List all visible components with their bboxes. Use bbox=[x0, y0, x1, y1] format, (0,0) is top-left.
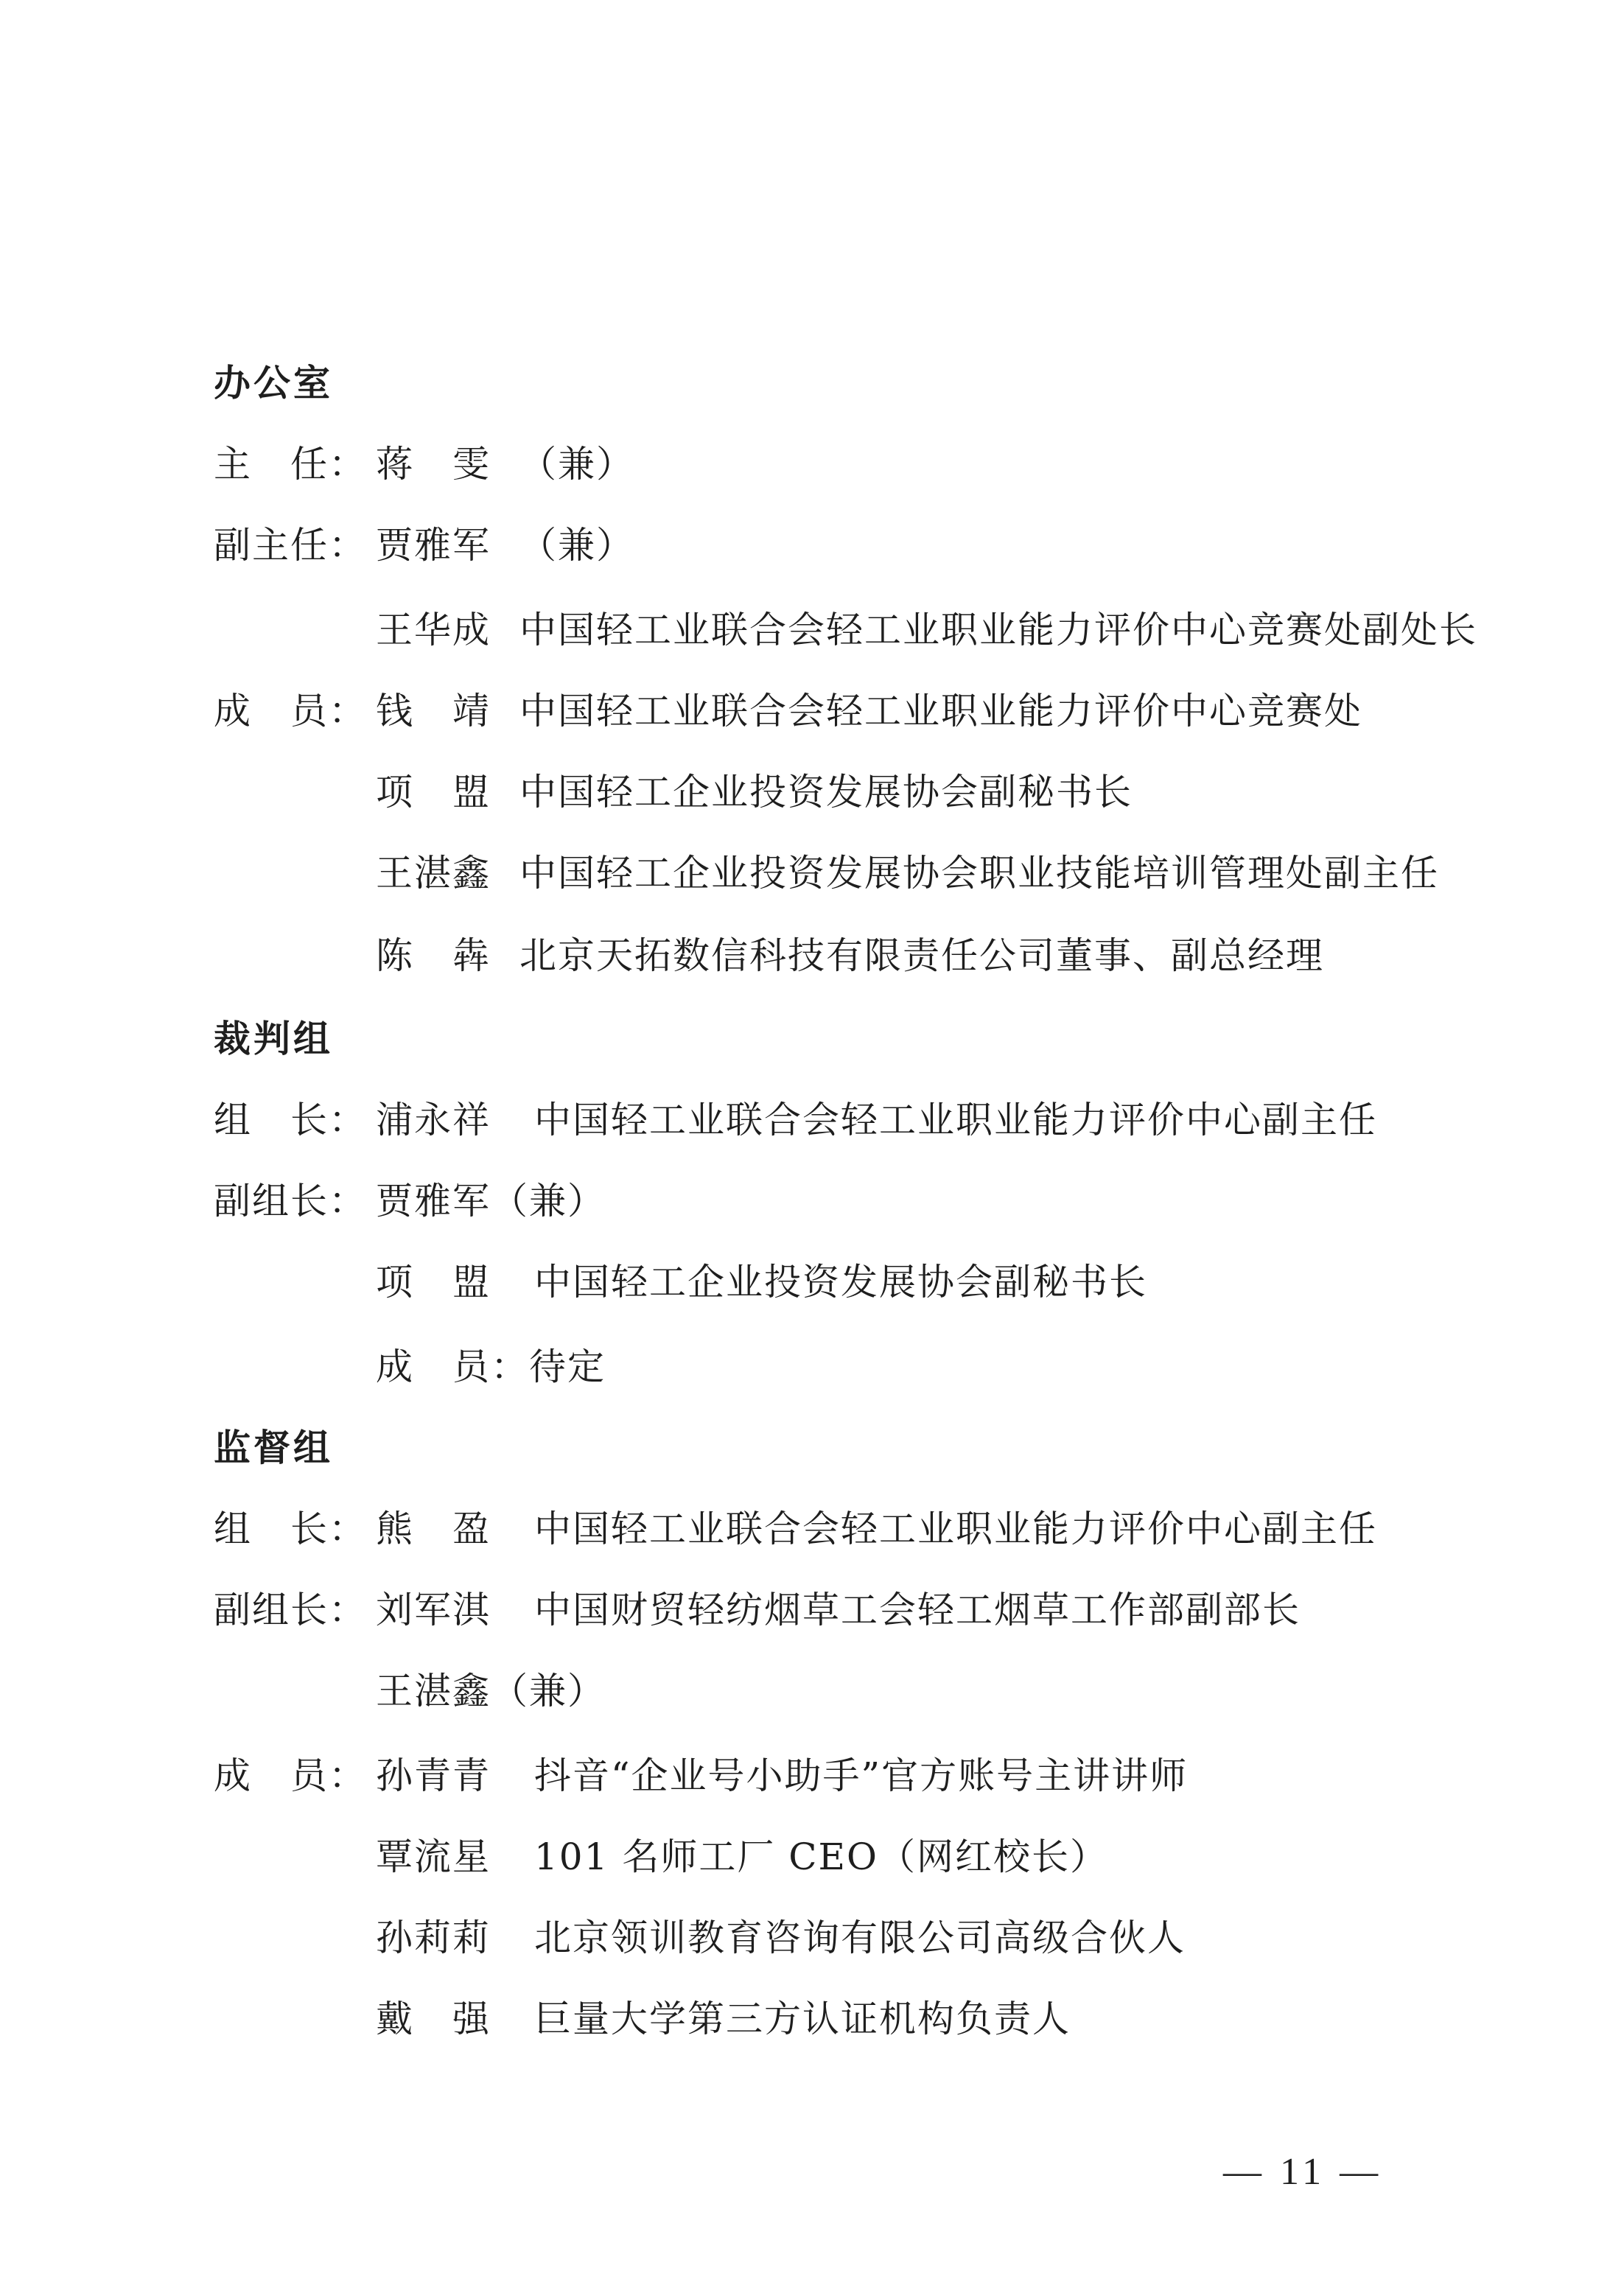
role-label: 成 员： bbox=[214, 1754, 367, 1798]
person-name: 贾雅军 bbox=[376, 523, 491, 567]
person-title: 中国轻工业联合会轻工业职业能力评价中心竞赛处 bbox=[519, 689, 1362, 733]
role-label: 副组长： bbox=[214, 1179, 367, 1223]
person-title: 101 名师工厂 CEO（网红校长） bbox=[534, 1835, 1108, 1879]
person-name: 王湛鑫 bbox=[376, 851, 491, 895]
person-name: 浦永祥 bbox=[376, 1098, 491, 1142]
person-name: 钱 靖 bbox=[376, 689, 491, 733]
role-label: 组 长： bbox=[214, 1507, 367, 1551]
page-number: — 11 — bbox=[1223, 2150, 1382, 2194]
person-title: 北京领训教育咨询有限公司高级合伙人 bbox=[534, 1916, 1186, 1960]
members-pending: 成 员：待定 bbox=[376, 1345, 606, 1389]
section-heading-referee-group: 裁判组 bbox=[214, 1017, 333, 1061]
person-title: 中国轻工业联合会轻工业职业能力评价中心竞赛处副处长 bbox=[519, 608, 1477, 652]
person-title: 中国轻工企业投资发展协会职业技能培训管理处副主任 bbox=[519, 851, 1439, 895]
person-title: 巨量大学第三方认证机构负责人 bbox=[534, 1997, 1071, 2041]
person-title: 北京天拓数信科技有限责任公司董事、副总经理 bbox=[519, 934, 1324, 978]
role-label: 副主任： bbox=[214, 523, 367, 567]
person-title: 中国轻工业联合会轻工业职业能力评价中心副主任 bbox=[534, 1507, 1377, 1551]
person-title: 中国轻工企业投资发展协会副秘书长 bbox=[534, 1260, 1147, 1304]
person-name: 陈 犇 bbox=[376, 934, 491, 978]
person-title: 中国轻工企业投资发展协会副秘书长 bbox=[519, 770, 1133, 814]
person-name: 蒋 雯 bbox=[376, 442, 491, 486]
person-name: 贾雅军（兼） bbox=[376, 1179, 606, 1223]
role-label: 成 员： bbox=[214, 689, 367, 733]
person-name: 刘军淇 bbox=[376, 1588, 491, 1632]
person-name: 项 盟 bbox=[376, 770, 491, 814]
person-title: 中国轻工业联合会轻工业职业能力评价中心副主任 bbox=[534, 1098, 1377, 1142]
person-name: 王华成 bbox=[376, 608, 491, 652]
person-name: 项 盟 bbox=[376, 1260, 491, 1304]
person-name: 戴 强 bbox=[376, 1997, 491, 2041]
person-note: （兼） bbox=[519, 442, 634, 486]
person-name: 孙青青 bbox=[376, 1754, 491, 1798]
person-title: 中国财贸轻纺烟草工会轻工烟草工作部副部长 bbox=[534, 1588, 1301, 1632]
person-name: 覃流星 bbox=[376, 1835, 491, 1879]
person-name: 熊 盈 bbox=[376, 1507, 491, 1551]
role-label: 主 任： bbox=[214, 442, 367, 486]
person-name: 王湛鑫（兼） bbox=[376, 1669, 606, 1713]
person-note: （兼） bbox=[519, 523, 634, 567]
role-label: 组 长： bbox=[214, 1098, 367, 1142]
section-heading-supervision-group: 监督组 bbox=[214, 1426, 333, 1470]
section-heading-office: 办公室 bbox=[214, 361, 333, 405]
person-title: 抖音“企业号小助手”官方账号主讲讲师 bbox=[534, 1754, 1188, 1798]
role-label: 副组长： bbox=[214, 1588, 367, 1632]
person-name: 孙莉莉 bbox=[376, 1916, 491, 1960]
